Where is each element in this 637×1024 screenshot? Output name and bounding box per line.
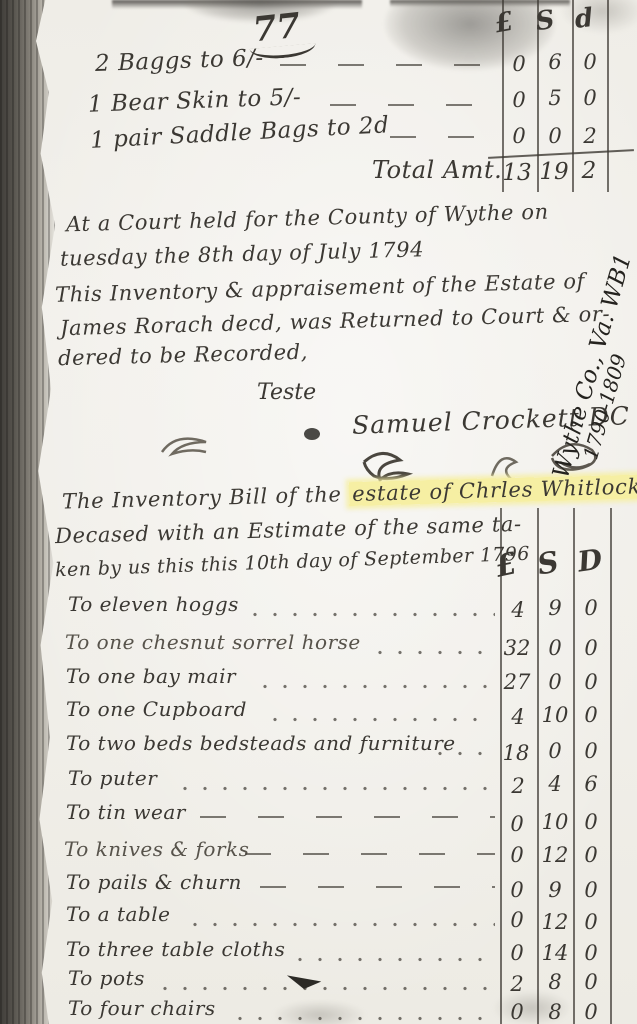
pounds-value: 4: [500, 598, 536, 622]
inventory-row: To puter 2 4 6: [0, 766, 637, 800]
pounds-column-header: £: [485, 545, 527, 587]
pence-value: 0: [572, 50, 608, 74]
item-label: To puter: [68, 766, 157, 790]
inventory-subtitle-line: Decased with an Estimate of the same ta-: [55, 512, 522, 548]
pence-value: 0: [573, 636, 609, 660]
court-record-line: James Rorach decd, was Returned to Court…: [60, 302, 611, 340]
pounds-value: 0: [499, 878, 535, 902]
pence-value: 0: [573, 910, 609, 934]
inventory-row: To one Cupboard 4 10 0: [0, 697, 637, 731]
leader-dots: [370, 650, 495, 655]
item-label: To pails & churn: [66, 870, 242, 894]
court-record-line: dered to be Recorded,: [58, 340, 309, 371]
item-label: 2 Baggs to 6/-: [95, 45, 264, 77]
item-label: To one Cupboard: [66, 697, 247, 721]
item-label: To one chesnut sorrel horse: [65, 630, 361, 654]
total-label: Total Amt.: [372, 156, 502, 184]
item-label: To knives & forks: [64, 837, 249, 861]
leader-dots: [265, 717, 493, 722]
pence-value: 0: [572, 86, 608, 110]
inventory-row: To eleven hoggs 4 9 0: [0, 592, 637, 626]
pounds-value: 27: [499, 670, 535, 694]
pounds-value: 18: [498, 741, 534, 765]
shillings-value: 0: [537, 739, 573, 763]
leader-dots: [245, 612, 495, 617]
pounds-value: 2: [500, 774, 536, 798]
pounds-value: 0: [501, 52, 537, 76]
inventory-row: To one bay mair 27 0 0: [0, 664, 637, 698]
pounds-value: 4: [500, 705, 536, 729]
page-number: 77: [251, 6, 302, 51]
total-pence: 2: [571, 158, 607, 184]
leader-line: [260, 886, 495, 888]
table-row: 1 pair Saddle Bags to 2d 0 0 2: [0, 120, 637, 154]
leader-dots: [155, 986, 495, 991]
pence-value: 0: [573, 596, 609, 620]
leader-line: [200, 816, 495, 818]
item-label: To three table cloths: [66, 937, 285, 961]
shillings-value: 8: [537, 970, 573, 994]
leader-dots: [290, 957, 495, 962]
shillings-value: 6: [537, 50, 573, 74]
pence-column-header: d: [565, 2, 604, 36]
total-pounds: 13: [499, 160, 535, 186]
scanned-document-page: 77 £ S d 2 Baggs to 6/- 0 6 0 1 Bear Ski…: [0, 0, 637, 1024]
leader-line: [390, 136, 490, 138]
leader-line: [330, 104, 490, 106]
pence-value: 0: [573, 878, 609, 902]
inventory-row: To pots 2 8 0: [0, 966, 637, 1000]
pounds-column-header: £: [484, 5, 525, 41]
shillings-value: 0: [537, 124, 573, 148]
item-label: To pots: [68, 966, 145, 990]
pounds-value: 0: [501, 124, 537, 148]
inventory-row: To knives & forks 0 12 0: [0, 837, 637, 871]
court-record-line: At a Court held for the County of Wythe …: [66, 200, 549, 237]
leader-dots: [175, 786, 495, 791]
pounds-value: 2: [499, 972, 535, 996]
pence-value: 0: [573, 843, 609, 867]
pence-value: 2: [572, 124, 608, 148]
shillings-value: 9: [537, 878, 573, 902]
pence-value: 0: [573, 970, 609, 994]
pounds-value: 32: [499, 636, 535, 660]
leader-dots: [255, 684, 495, 689]
shillings-value: 12: [537, 910, 573, 934]
item-label: To two beds bedsteads and furniture: [66, 731, 456, 755]
item-label: To four chairs: [68, 996, 216, 1020]
leader-dots: [230, 1016, 495, 1021]
total-shillings: 19: [536, 159, 572, 185]
table-row: 2 Baggs to 6/- 0 6 0: [0, 48, 637, 82]
shillings-column-header: S: [525, 4, 565, 39]
pounds-value: 0: [499, 941, 535, 965]
pounds-value: 0: [499, 908, 535, 932]
leader-dots: [430, 751, 495, 756]
item-label: 1 Bear Skin to 5/-: [88, 84, 302, 117]
pence-value: 0: [573, 1000, 609, 1024]
shillings-column-header: S: [527, 543, 568, 583]
leader-line: [280, 64, 490, 66]
pounds-value: 0: [501, 88, 537, 112]
pounds-value: 0: [499, 812, 535, 836]
pounds-value: 0: [499, 843, 535, 867]
inventory-row: To a table 0 12 0: [0, 902, 637, 936]
shillings-value: 4: [537, 772, 573, 796]
pence-column-header: D: [570, 542, 610, 580]
inventory-row: To four chairs 0 8 0: [0, 996, 637, 1024]
inventory-row: To two beds bedsteads and furniture 18 0…: [0, 731, 637, 765]
attestation-label: Teste: [257, 380, 316, 405]
court-record-line: tuesday the 8th day of July 1794: [60, 237, 425, 271]
leader-line: [245, 853, 495, 855]
shillings-value: 0: [537, 670, 573, 694]
shillings-value: 5: [537, 86, 573, 110]
item-label: To a table: [66, 902, 170, 926]
leader-dots: [185, 922, 495, 927]
item-label: To eleven hoggs: [68, 592, 239, 616]
shillings-value: 14: [537, 941, 573, 965]
inventory-row: To one chesnut sorrel horse 32 0 0: [0, 630, 637, 664]
inventory-title-prefix: The Inventory Bill of the: [62, 482, 350, 514]
item-label: To tin wear: [66, 800, 186, 824]
pence-value: 0: [573, 670, 609, 694]
inventory-row: To tin wear 0 10 0: [0, 800, 637, 834]
shillings-value: 10: [537, 810, 573, 834]
pence-value: 0: [573, 739, 609, 763]
pounds-value: 0: [499, 1000, 535, 1024]
inventory-subtitle-line: ken by us this this 10th day of Septembe…: [55, 543, 530, 582]
shillings-value: 0: [537, 636, 573, 660]
pence-value: 6: [573, 772, 609, 796]
total-row: Total Amt. 13 19 2: [0, 156, 637, 190]
court-record-line: This Inventory & appraisement of the Est…: [55, 269, 585, 307]
shillings-value: 9: [537, 596, 573, 620]
shillings-value: 12: [537, 843, 573, 867]
shillings-value: 10: [537, 703, 573, 727]
shillings-value: 8: [537, 1000, 573, 1024]
pence-value: 0: [573, 941, 609, 965]
pence-value: 0: [573, 703, 609, 727]
pence-value: 0: [573, 810, 609, 834]
item-label: To one bay mair: [66, 664, 236, 688]
inventory-row: To pails & churn 0 9 0: [0, 870, 637, 904]
